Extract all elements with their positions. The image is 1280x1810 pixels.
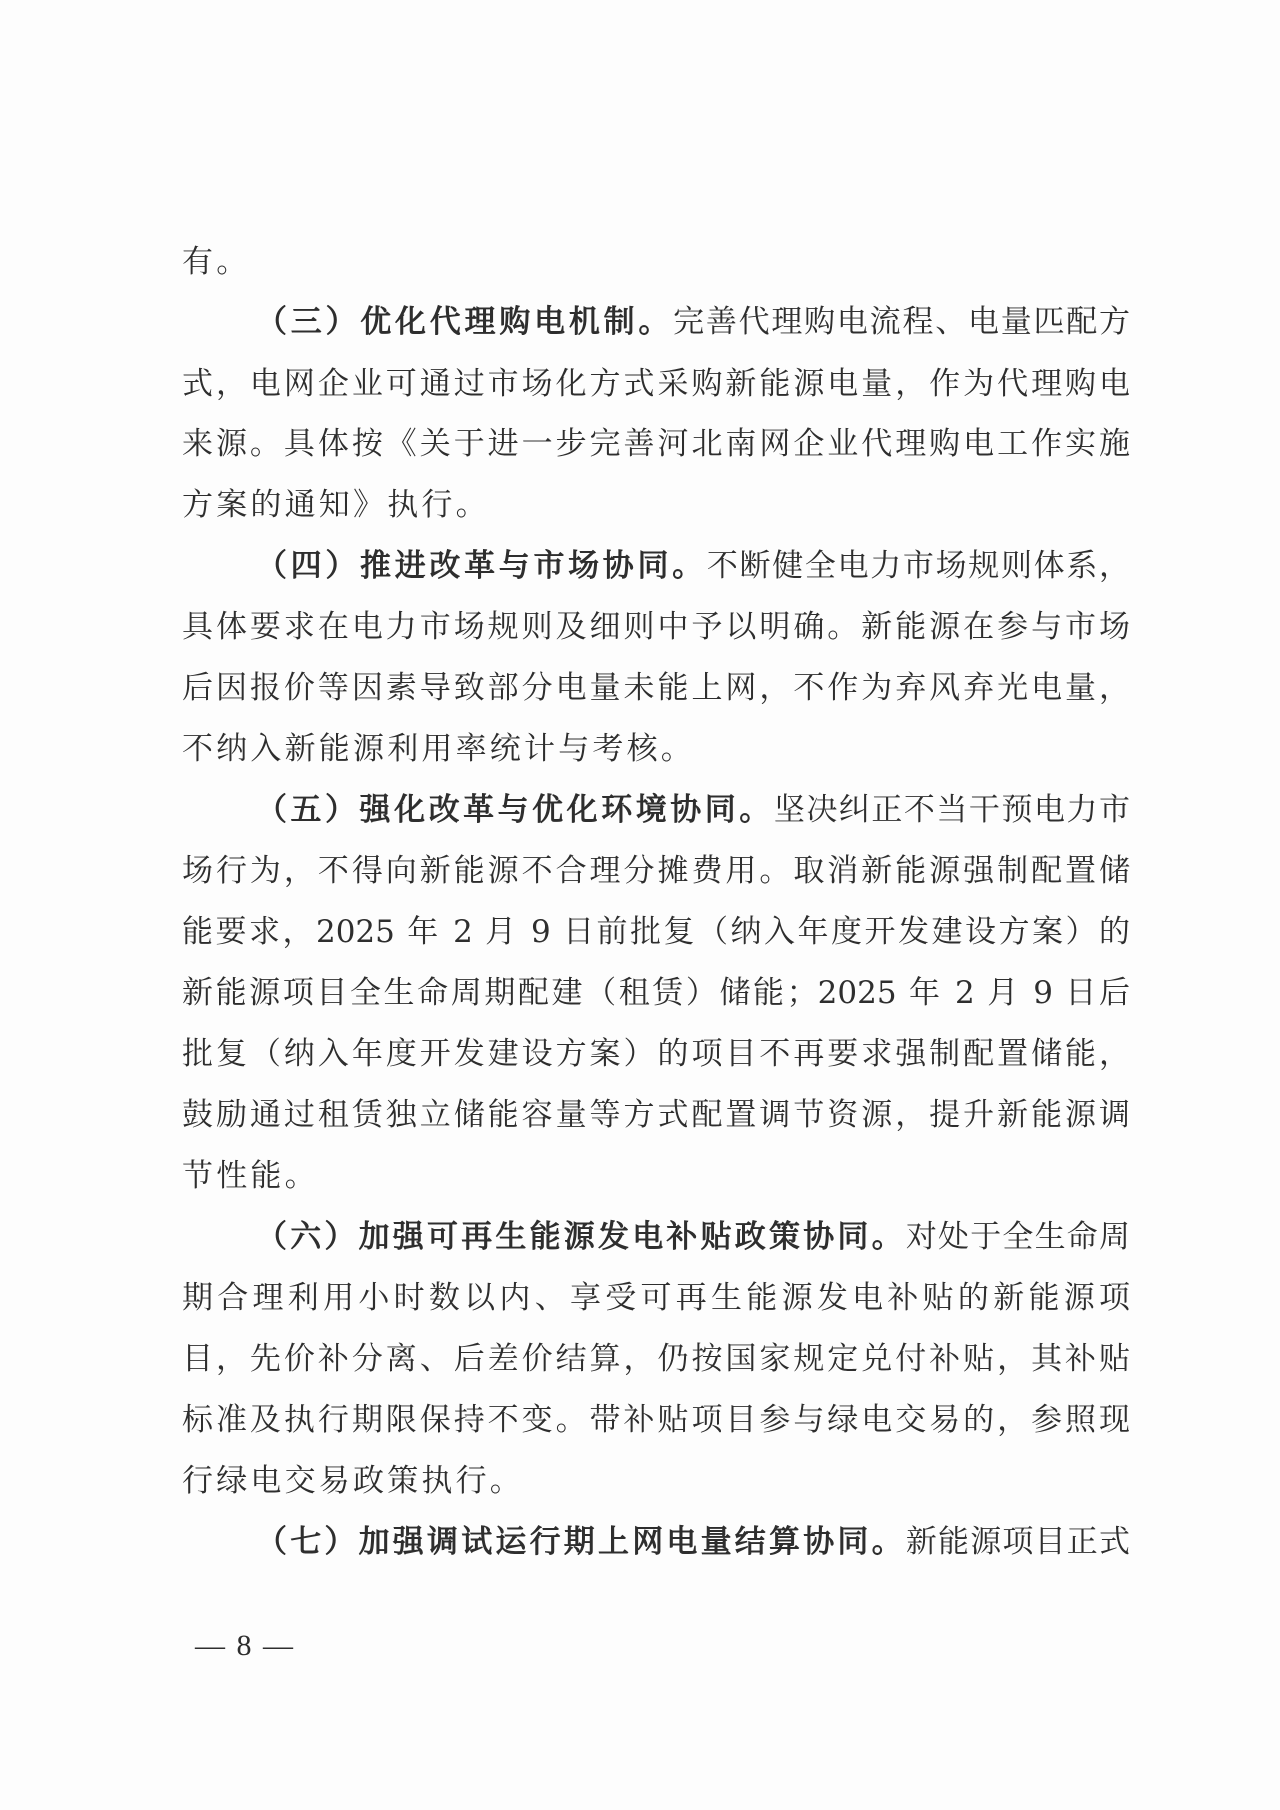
section-heading-line: （三）优化代理购电机制。完善代理购电流程、电量匹配方 xyxy=(256,300,1130,344)
paragraph-text: 式，电网企业可通过市场化方式采购新能源电量，作为代理购电 xyxy=(182,366,1130,402)
paragraph-text: 新能源项目正式 xyxy=(906,1524,1130,1560)
body-text-line: 新能源项目全生命周期配建（租赁）储能；2025 年 2 月 9 日后 xyxy=(182,971,1130,1015)
body-text-line: 节性能。 xyxy=(182,1154,1130,1198)
paragraph-text: 有。 xyxy=(182,244,250,280)
paragraph-text: 能要求，2025 年 2 月 9 日前批复（纳入年度开发建设方案）的 xyxy=(182,914,1130,950)
section-heading: （七）加强调试运行期上网电量结算协同。 xyxy=(256,1524,906,1560)
body-text-line: 不纳入新能源利用率统计与考核。 xyxy=(182,727,1130,771)
document-page: 有。（三）优化代理购电机制。完善代理购电流程、电量匹配方式，电网企业可通过市场化… xyxy=(0,0,1280,1810)
body-text-line: 行绿电交易政策执行。 xyxy=(182,1459,1130,1503)
section-heading: （五）强化改革与优化环境协同。 xyxy=(256,792,774,828)
paragraph-text: 行绿电交易政策执行。 xyxy=(182,1463,524,1499)
body-text-line: 场行为，不得向新能源不合理分摊费用。取消新能源强制配置储 xyxy=(182,849,1130,893)
body-text-line: 方案的通知》执行。 xyxy=(182,483,1130,527)
section-heading-line: （七）加强调试运行期上网电量结算协同。新能源项目正式 xyxy=(256,1520,1130,1564)
body-text-line: 批复（纳入年度开发建设方案）的项目不再要求强制配置储能， xyxy=(182,1032,1130,1076)
paragraph-text: 新能源项目全生命周期配建（租赁）储能；2025 年 2 月 9 日后 xyxy=(182,975,1130,1011)
paragraph-text: 方案的通知》执行。 xyxy=(182,487,490,523)
body-text-line: 来源。具体按《关于进一步完善河北南网企业代理购电工作实施 xyxy=(182,422,1130,466)
paragraph-text: 完善代理购电流程、电量匹配方 xyxy=(673,304,1130,340)
body-text-line: 式，电网企业可通过市场化方式采购新能源电量，作为代理购电 xyxy=(182,362,1130,406)
paragraph-text: 节性能。 xyxy=(182,1158,319,1194)
paragraph-text: 鼓励通过租赁独立储能容量等方式配置调节资源，提升新能源调 xyxy=(182,1097,1130,1133)
page-number: — 8 — xyxy=(195,1624,295,1668)
body-text-line: 能要求，2025 年 2 月 9 日前批复（纳入年度开发建设方案）的 xyxy=(182,910,1130,954)
paragraph-text: 后因报价等因素导致部分电量未能上网，不作为弃风弃光电量， xyxy=(182,670,1130,706)
paragraph-text: 期合理利用小时数以内、享受可再生能源发电补贴的新能源项 xyxy=(182,1280,1130,1316)
paragraph-text: 场行为，不得向新能源不合理分摊费用。取消新能源强制配置储 xyxy=(182,853,1130,889)
body-text-line: 有。 xyxy=(182,240,1130,284)
paragraph-text: 坚决纠正不当干预电力市 xyxy=(774,792,1130,828)
paragraph-text: 目，先价补分离、后差价结算，仍按国家规定兑付补贴，其补贴 xyxy=(182,1341,1130,1377)
section-heading: （六）加强可再生能源发电补贴政策协同。 xyxy=(256,1219,906,1255)
section-heading-line: （五）强化改革与优化环境协同。坚决纠正不当干预电力市 xyxy=(256,788,1130,832)
body-text-line: 后因报价等因素导致部分电量未能上网，不作为弃风弃光电量， xyxy=(182,666,1130,710)
paragraph-text: 不纳入新能源利用率统计与考核。 xyxy=(182,731,695,767)
section-heading: （四）推进改革与市场协同。 xyxy=(256,548,707,584)
paragraph-text: 具体要求在电力市场规则及细则中予以明确。新能源在参与市场 xyxy=(182,609,1130,645)
paragraph-text: 来源。具体按《关于进一步完善河北南网企业代理购电工作实施 xyxy=(182,426,1130,462)
section-heading-line: （六）加强可再生能源发电补贴政策协同。对处于全生命周 xyxy=(256,1215,1130,1259)
section-heading-line: （四）推进改革与市场协同。不断健全电力市场规则体系， xyxy=(256,544,1130,588)
section-heading: （三）优化代理购电机制。 xyxy=(256,304,673,340)
body-text-line: 鼓励通过租赁独立储能容量等方式配置调节资源，提升新能源调 xyxy=(182,1093,1130,1137)
body-text-line: 期合理利用小时数以内、享受可再生能源发电补贴的新能源项 xyxy=(182,1276,1130,1320)
body-text-line: 标准及执行期限保持不变。带补贴项目参与绿电交易的，参照现 xyxy=(182,1398,1130,1442)
paragraph-text: 不断健全电力市场规则体系， xyxy=(707,548,1130,584)
paragraph-text: 对处于全生命周 xyxy=(906,1219,1130,1255)
body-text-line: 具体要求在电力市场规则及细则中予以明确。新能源在参与市场 xyxy=(182,605,1130,649)
body-text-line: 目，先价补分离、后差价结算，仍按国家规定兑付补贴，其补贴 xyxy=(182,1337,1130,1381)
paragraph-text: 标准及执行期限保持不变。带补贴项目参与绿电交易的，参照现 xyxy=(182,1402,1130,1438)
paragraph-text: 批复（纳入年度开发建设方案）的项目不再要求强制配置储能， xyxy=(182,1036,1130,1072)
